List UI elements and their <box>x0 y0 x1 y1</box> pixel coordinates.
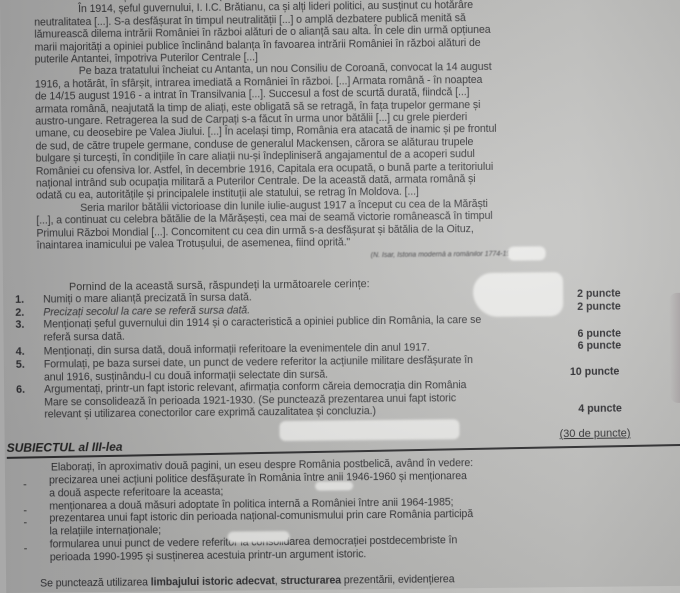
question-points: 2 puncte <box>577 300 621 312</box>
question-number: 2. <box>15 306 24 318</box>
finger-shadow <box>669 293 680 403</box>
question-text: relevant și utilizarea conectorilor care… <box>44 405 376 420</box>
essay-requirement: a două aspecte referitoare la aceasta; <box>49 485 223 499</box>
essay-requirement: perioada 1990-1995 și susținerea acestui… <box>50 548 367 563</box>
redaction-patch <box>228 531 290 543</box>
question-points: 6 puncte <box>578 340 622 352</box>
question-text: referă sursa dată. <box>43 331 124 344</box>
redaction-patch <box>508 246 546 260</box>
exam-page: ... alianța Puterilor Centrale (Germania… <box>0 0 680 593</box>
redaction-patch <box>279 419 459 441</box>
source-line: înaintarea inamicului pe valea Trotușulu… <box>37 236 351 251</box>
subject-points: (30 de puncte) <box>560 427 631 440</box>
question-points: 4 puncte <box>578 403 622 415</box>
question-number: 6. <box>16 384 25 396</box>
essay-requirement: la relațiile internaționale; <box>50 525 162 538</box>
question-points: 6 puncte <box>577 327 621 339</box>
bullet-dash: - <box>24 543 28 555</box>
question-number: 5. <box>16 359 25 371</box>
redaction-patch <box>315 481 353 490</box>
bullet-dash: - <box>23 504 27 516</box>
bullet-dash: - <box>23 517 27 529</box>
subject-title: SUBIECTUL al III-lea <box>7 440 123 455</box>
bullet-dash: - <box>23 479 27 491</box>
essay-footer: Se punctează utilizarea limbajului istor… <box>40 573 454 589</box>
question-points: 2 puncte <box>577 288 621 300</box>
question-number: 1. <box>15 294 24 306</box>
question-points: 10 puncte <box>570 365 620 378</box>
question-number: 4. <box>16 346 25 358</box>
source-citation: (N. Isar, Istoria modernă a românilor 17… <box>371 251 521 260</box>
redaction-patch <box>473 272 563 317</box>
question-number: 3. <box>15 319 24 331</box>
